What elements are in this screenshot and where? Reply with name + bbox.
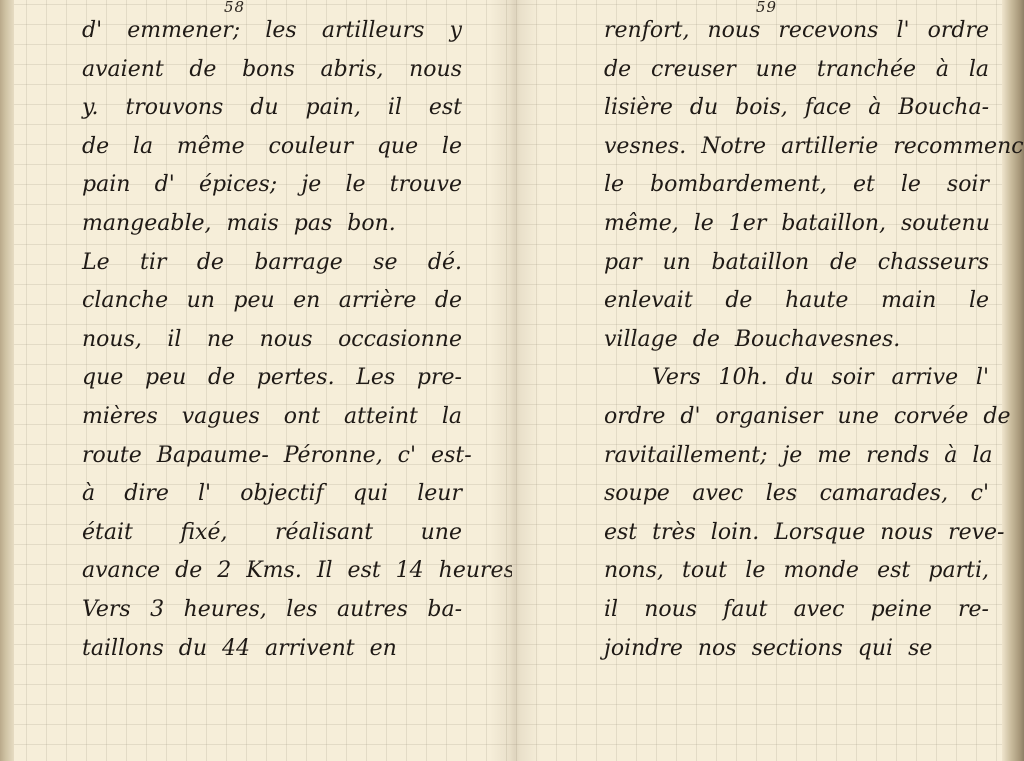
text-line: joindre nos sections qui se (604, 630, 989, 669)
left-page-edge (0, 0, 14, 761)
text-line: le bombardement, et le soir (604, 166, 989, 205)
text-line: que peu de pertes. Les pre- (82, 359, 462, 398)
right-page: 59 renfort, nous recevons l' ordre de cr… (512, 0, 1024, 761)
text-line: nons, tout le monde est parti, (604, 552, 989, 591)
right-page-text: renfort, nous recevons l' ordre de creus… (604, 12, 989, 668)
text-line: Vers 3 heures, les autres ba- (82, 591, 462, 630)
text-line: même, le 1er bataillon, soutenu (604, 205, 989, 244)
text-line: était fixé, réalisant une (82, 514, 462, 553)
text-line: Vers 10h. du soir arrive l' (604, 359, 989, 398)
text-line: y. trouvons du pain, il est (82, 89, 462, 128)
book-gutter (490, 0, 540, 761)
text-line: de creuser une tranchée à la (604, 51, 989, 90)
text-line: ravitaillement; je me rends à la (604, 437, 989, 476)
text-line: avance de 2 Kms. Il est 14 heures. (82, 552, 462, 591)
text-line: enlevait de haute main le (604, 282, 989, 321)
text-line: lisière du bois, face à Boucha- (604, 89, 989, 128)
text-line: soupe avec les camarades, c' (604, 475, 989, 514)
text-line: Le tir de barrage se dé. (82, 244, 462, 283)
text-line: il nous faut avec peine re- (604, 591, 989, 630)
text-line: mières vagues ont atteint la (82, 398, 462, 437)
right-page-edge (1002, 0, 1024, 761)
text-line: vesnes. Notre artillerie recommence (604, 128, 989, 167)
text-line: renfort, nous recevons l' ordre (604, 12, 989, 51)
notebook-spread: 58 d' emmener; les artilleurs y avaient … (0, 0, 1024, 761)
text-line: par un bataillon de chasseurs (604, 244, 989, 283)
left-page: 58 d' emmener; les artilleurs y avaient … (0, 0, 512, 761)
text-line: ordre d' organiser une corvée de (604, 398, 989, 437)
left-page-text: d' emmener; les artilleurs y avaient de … (82, 12, 462, 668)
text-line: de la même couleur que le (82, 128, 462, 167)
text-line: nous, il ne nous occasionne (82, 321, 462, 360)
text-line: village de Bouchavesnes. (604, 321, 989, 360)
text-line: d' emmener; les artilleurs y (82, 12, 462, 51)
text-line: pain d' épices; je le trouve (82, 166, 462, 205)
text-line: mangeable, mais pas bon. (82, 205, 462, 244)
text-line: taillons du 44 arrivent en (82, 630, 462, 669)
text-line: avaient de bons abris, nous (82, 51, 462, 90)
text-line: est très loin. Lorsque nous reve- (604, 514, 989, 553)
text-line: clanche un peu en arrière de (82, 282, 462, 321)
text-line: route Bapaume- Péronne, c' est- (82, 437, 462, 476)
text-line: à dire l' objectif qui leur (82, 475, 462, 514)
